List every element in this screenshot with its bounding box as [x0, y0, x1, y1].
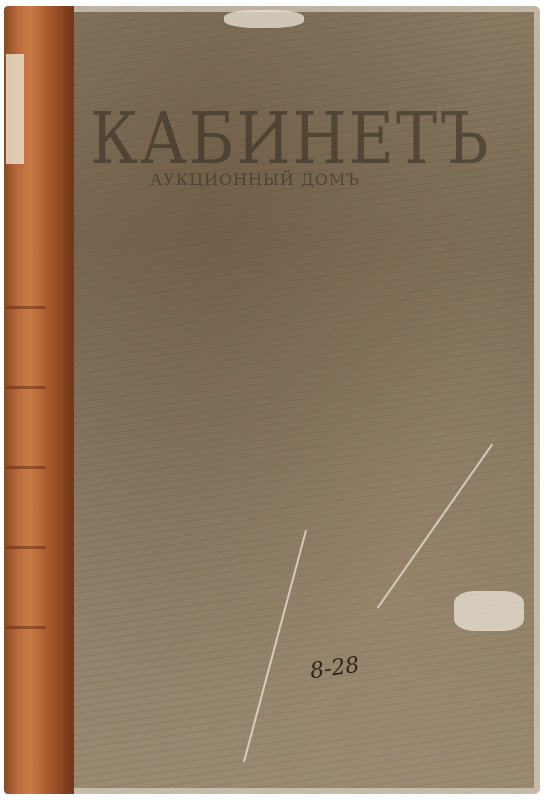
spine-label: [6, 54, 24, 164]
leather-spine: [4, 6, 78, 794]
paper-loss: [454, 591, 524, 631]
spine-band: [6, 546, 46, 549]
spine-band: [6, 626, 46, 629]
cover-title: КАБИНЕТЪ: [90, 97, 480, 181]
front-cover: КАБИНЕТЪ АУКЦИОННЫЙ ДОМЪ 8-28: [74, 6, 540, 794]
spine-band: [6, 466, 46, 469]
spine-band: [6, 386, 46, 389]
book: КАБИНЕТЪ АУКЦИОННЫЙ ДОМЪ 8-28: [4, 6, 540, 794]
paper-loss: [224, 10, 304, 28]
cover-subtitle: АУКЦИОННЫЙ ДОМЪ: [150, 170, 360, 189]
spine-band: [6, 306, 46, 309]
